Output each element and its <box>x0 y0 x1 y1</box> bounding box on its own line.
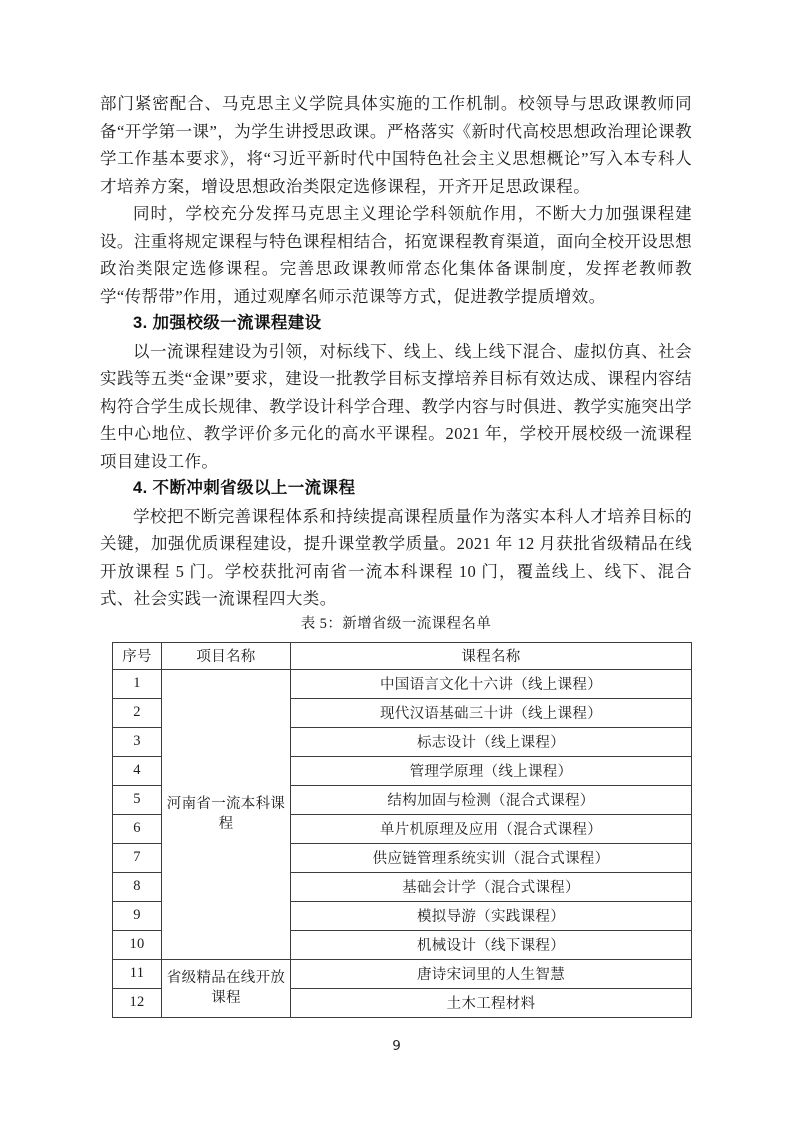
course-cell: 唐诗宋词里的人生智慧 <box>291 959 692 988</box>
table-row: 1 河南省一流本科课程 中国语言文化十六讲（线上课程） <box>113 669 692 698</box>
section-heading-3: 3. 加强校级一流课程建设 <box>100 310 692 338</box>
seq-cell: 1 <box>113 669 162 698</box>
seq-cell: 5 <box>113 785 162 814</box>
paragraph-continuation: 部门紧密配合、马克思主义学院具体实施的工作机制。校领导与思政课教师同备“开学第一… <box>100 90 692 200</box>
course-cell: 单片机原理及应用（混合式课程） <box>291 814 692 843</box>
courses-table: 序号 项目名称 课程名称 1 河南省一流本科课程 中国语言文化十六讲（线上课程）… <box>112 642 692 1018</box>
course-cell: 基础会计学（混合式课程） <box>291 872 692 901</box>
paragraph: 以一流课程建设为引领，对标线下、线上、线上线下混合、虚拟仿真、社会实践等五类“金… <box>100 338 692 476</box>
course-cell: 现代汉语基础三十讲（线上课程） <box>291 698 692 727</box>
column-header-course: 课程名称 <box>291 642 692 669</box>
course-cell: 标志设计（线上课程） <box>291 727 692 756</box>
course-cell: 土木工程材料 <box>291 988 692 1017</box>
paragraph: 同时，学校充分发挥马克思主义理论学科领航作用，不断大力加强课程建设。注重将规定课… <box>100 200 692 310</box>
course-cell: 管理学原理（线上课程） <box>291 756 692 785</box>
seq-cell: 2 <box>113 698 162 727</box>
table-row: 11 省级精品在线开放课程 唐诗宋词里的人生智慧 <box>113 959 692 988</box>
course-cell: 机械设计（线下课程） <box>291 930 692 959</box>
seq-cell: 9 <box>113 901 162 930</box>
section-heading-4: 4. 不断冲刺省级以上一流课程 <box>100 475 692 503</box>
seq-cell: 6 <box>113 814 162 843</box>
seq-cell: 12 <box>113 988 162 1017</box>
course-cell: 结构加固与检测（混合式课程） <box>291 785 692 814</box>
table-header-row: 序号 项目名称 课程名称 <box>113 642 692 669</box>
seq-cell: 7 <box>113 843 162 872</box>
document-page: 部门紧密配合、马克思主义学院具体实施的工作机制。校领导与思政课教师同备“开学第一… <box>0 0 793 1122</box>
course-cell: 模拟导游（实践课程） <box>291 901 692 930</box>
seq-cell: 11 <box>113 959 162 988</box>
seq-cell: 4 <box>113 756 162 785</box>
seq-cell: 3 <box>113 727 162 756</box>
page-content: 部门紧密配合、马克思主义学院具体实施的工作机制。校领导与思政课教师同备“开学第一… <box>100 90 692 1018</box>
table-caption: 表 5：新增省级一流课程名单 <box>100 613 692 635</box>
page-number: 9 <box>0 1038 793 1054</box>
seq-cell: 10 <box>113 930 162 959</box>
paragraph: 学校把不断完善课程体系和持续提高课程质量作为落实本科人才培养目标的关键，加强优质… <box>100 503 692 613</box>
project-name-cell: 省级精品在线开放课程 <box>162 959 291 1017</box>
course-cell: 中国语言文化十六讲（线上课程） <box>291 669 692 698</box>
seq-cell: 8 <box>113 872 162 901</box>
column-header-seq: 序号 <box>113 642 162 669</box>
column-header-project: 项目名称 <box>162 642 291 669</box>
project-name-cell: 河南省一流本科课程 <box>162 669 291 959</box>
course-cell: 供应链管理系统实训（混合式课程） <box>291 843 692 872</box>
